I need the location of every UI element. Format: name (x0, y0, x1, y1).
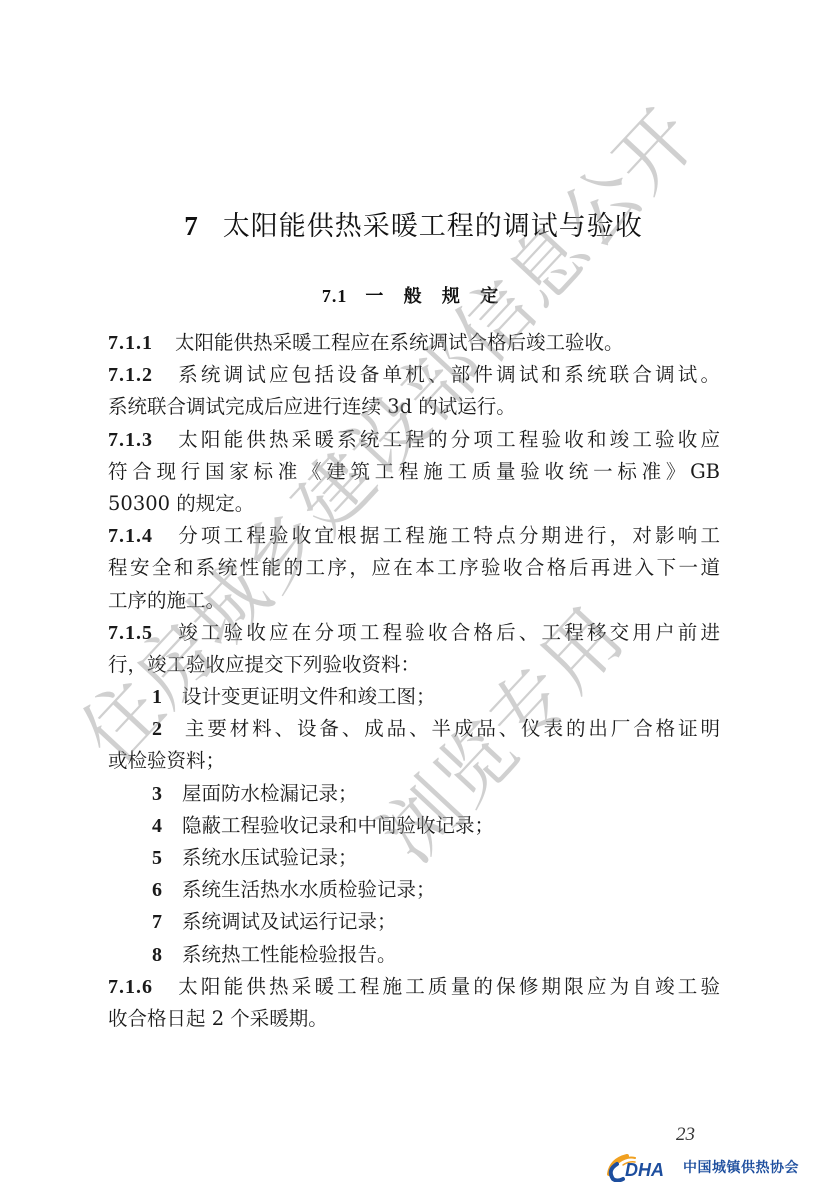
item-text: 系统热工性能检验报告。 (182, 943, 397, 966)
clause-7-1-6: 7.1.6太阳能供热采暖工程施工质量的保修期限应为自竣工验 收合格日起 2 个采… (108, 971, 720, 1035)
clause-number: 7.1.3 (108, 429, 153, 451)
clause-line: 程安全和系统性能的工序，应在本工序验收合格后再进入下一道 (108, 552, 720, 584)
logo-abbreviation: DHA (615, 1160, 664, 1181)
clause-line: 50300 的规定。 (108, 488, 720, 520)
item-text: 设计变更证明文件和竣工图； (182, 685, 436, 708)
document-page: 7太阳能供热采暖工程的调试与验收 7.1一 般 规 定 7.1.1太阳能供热采暖… (0, 0, 827, 1198)
clause-line: 系统联合调试完成后应进行连续 3d 的试运行。 (108, 391, 720, 423)
clause-line: 7.1.1太阳能供热采暖工程应在系统调试合格后竣工验收。 (108, 327, 720, 359)
clause-text: 分项工程验收宜根据工程施工特点分期进行，对影响工 (175, 524, 720, 547)
section-title-text: 一 般 规 定 (365, 286, 505, 307)
item-text: 系统调试及试运行记录； (182, 910, 397, 933)
clause-number: 7.1.2 (108, 364, 153, 386)
list-item: 4隐蔽工程验收记录和中间验收记录； (108, 810, 720, 842)
chapter-title-text: 太阳能供热采暖工程的调试与验收 (223, 211, 643, 242)
section-title: 7.1一 般 规 定 (0, 282, 827, 308)
item-number: 2 (152, 718, 162, 740)
list-item: 3屋面防水检漏记录； (108, 778, 720, 810)
clause-7-1-5: 7.1.5竣工验收应在分项工程验收合格后、工程移交用户前进 行，竣工验收应提交下… (108, 617, 720, 971)
clause-number: 7.1.4 (108, 525, 153, 547)
chapter-title: 7太阳能供热采暖工程的调试与验收 (0, 204, 827, 243)
item-number: 3 (152, 783, 162, 805)
body-text: 7.1.1太阳能供热采暖工程应在系统调试合格后竣工验收。 7.1.2系统调试应包… (108, 327, 720, 1035)
clause-7-1-3: 7.1.3太阳能供热采暖系统工程的分项工程验收和竣工验收应 符合现行国家标准《建… (108, 424, 720, 521)
item-number: 4 (152, 815, 162, 837)
clause-text: 太阳能供热采暖工程施工质量的保修期限应为自竣工验 (175, 975, 720, 998)
cdha-logo-icon: DHA (605, 1152, 677, 1182)
clause-line: 7.1.6太阳能供热采暖工程施工质量的保修期限应为自竣工验 (108, 971, 720, 1003)
clause-line: 行，竣工验收应提交下列验收资料： (108, 649, 720, 681)
clause-line: 7.1.3太阳能供热采暖系统工程的分项工程验收和竣工验收应 (108, 424, 720, 456)
publisher-logo: DHA 中国城镇供热协会 (605, 1152, 827, 1182)
clause-text: 太阳能供热采暖工程应在系统调试合格后竣工验收。 (175, 331, 624, 354)
list-item: 1设计变更证明文件和竣工图； (108, 681, 720, 713)
clause-line: 7.1.4分项工程验收宜根据工程施工特点分期进行，对影响工 (108, 520, 720, 552)
item-number: 6 (152, 879, 162, 901)
item-text: 系统生活热水水质检验记录； (182, 878, 436, 901)
clause-number: 7.1.5 (108, 622, 153, 644)
clause-line: 7.1.5竣工验收应在分项工程验收合格后、工程移交用户前进 (108, 617, 720, 649)
clause-text: 竣工验收应在分项工程验收合格后、工程移交用户前进 (175, 621, 720, 644)
clause-7-1-4: 7.1.4分项工程验收宜根据工程施工特点分期进行，对影响工 程安全和系统性能的工… (108, 520, 720, 617)
clause-text: 太阳能供热采暖系统工程的分项工程验收和竣工验收应 (175, 428, 720, 451)
list-item: 5系统水压试验记录； (108, 842, 720, 874)
organization-name: 中国城镇供热协会 (683, 1157, 799, 1177)
list-item-continuation: 或检验资料； (108, 745, 720, 777)
chapter-number: 7 (184, 211, 199, 241)
item-text: 主要材料、设备、成品、半成品、仪表的出厂合格证明 (182, 717, 720, 740)
item-number: 1 (152, 686, 162, 708)
page-number: 23 (676, 1124, 695, 1146)
item-number: 7 (152, 911, 162, 933)
clause-line: 符合现行国家标准《建筑工程施工质量验收统一标准》GB (108, 456, 720, 488)
list-item: 2主要材料、设备、成品、半成品、仪表的出厂合格证明 (108, 713, 720, 745)
clause-7-1-2: 7.1.2系统调试应包括设备单机、部件调试和系统联合调试。 系统联合调试完成后应… (108, 359, 720, 423)
clause-number: 7.1.6 (108, 976, 153, 998)
item-text: 隐蔽工程验收记录和中间验收记录； (182, 814, 494, 837)
item-number: 8 (152, 944, 162, 966)
item-number: 5 (152, 847, 162, 869)
clause-7-1-1: 7.1.1太阳能供热采暖工程应在系统调试合格后竣工验收。 (108, 327, 720, 359)
clause-line: 收合格日起 2 个采暖期。 (108, 1003, 720, 1035)
section-number: 7.1 (322, 286, 348, 306)
list-item: 8系统热工性能检验报告。 (108, 939, 720, 971)
clause-number: 7.1.1 (108, 332, 153, 354)
item-text: 系统水压试验记录； (182, 846, 358, 869)
clause-text: 系统调试应包括设备单机、部件调试和系统联合调试。 (175, 363, 720, 386)
clause-line: 7.1.2系统调试应包括设备单机、部件调试和系统联合调试。 (108, 359, 720, 391)
item-text: 屋面防水检漏记录； (182, 782, 358, 805)
list-item: 6系统生活热水水质检验记录； (108, 874, 720, 906)
list-item: 7系统调试及试运行记录； (108, 906, 720, 938)
clause-line: 工序的施工。 (108, 585, 720, 617)
